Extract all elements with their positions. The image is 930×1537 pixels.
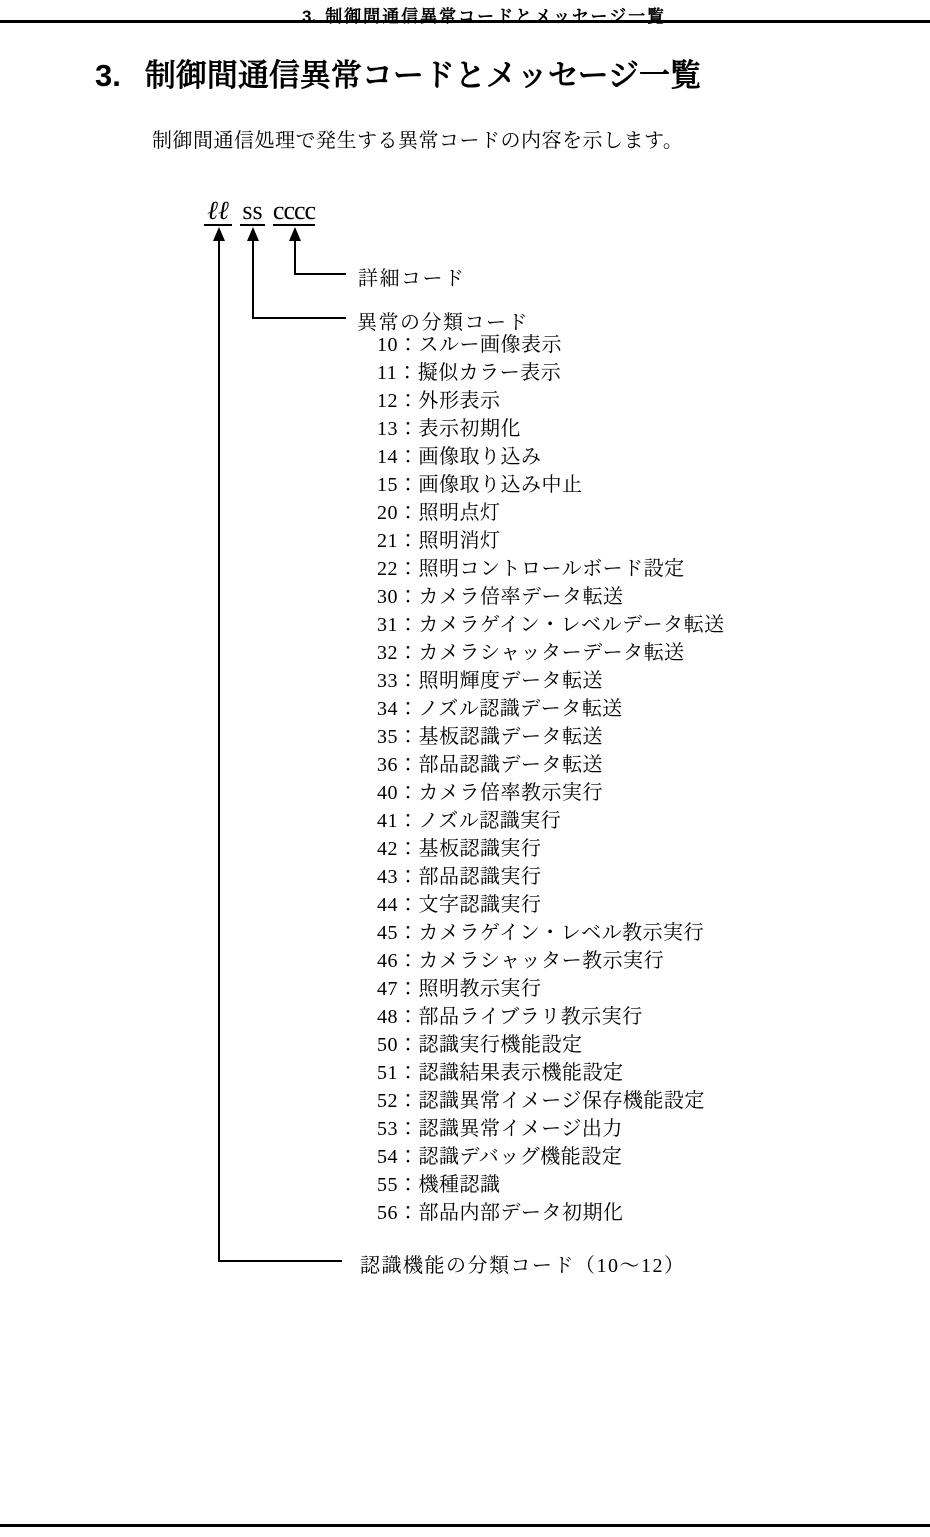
classification-code-item: 40：カメラ倍率教示実行	[377, 779, 725, 807]
classification-code-item: 33：照明輝度データ転送	[377, 667, 725, 695]
classification-code-item: 48：部品ライブラリ教示実行	[377, 1003, 725, 1031]
connector-line-detail-horizontal	[294, 273, 346, 275]
classification-code-item: 30：カメラ倍率データ転送	[377, 583, 725, 611]
page-title-text: 制御間通信異常コードとメッセージ一覧	[145, 58, 701, 93]
arrow-up-icon-section	[247, 227, 259, 241]
classification-code-item: 54：認識デバッグ機能設定	[377, 1143, 725, 1171]
classification-code-item: 56：部品内部データ初期化	[377, 1199, 725, 1227]
classification-code-item: 42：基板認識実行	[377, 835, 725, 863]
arrow-up-icon-detail	[289, 227, 301, 241]
classification-code-item: 21：照明消灯	[377, 527, 725, 555]
callout-recognition-code: 認識機能の分類コード（10～12）	[360, 1249, 686, 1278]
running-header-number: 3.	[302, 7, 316, 26]
connector-line-level	[218, 240, 220, 1262]
classification-code-item: 45：カメラゲイン・レベル教示実行	[377, 919, 725, 947]
running-header-title: 制御間通信異常コードとメッセージ一覧	[325, 7, 666, 26]
classification-code-item: 55：機種認識	[377, 1171, 725, 1199]
classification-code-item: 13：表示初期化	[377, 415, 725, 443]
code-segment-section: ss	[240, 196, 265, 226]
connector-line-section	[252, 240, 254, 319]
classification-code-item: 12：外形表示	[377, 387, 725, 415]
header-rule	[0, 20, 930, 23]
classification-code-item: 11：擬似カラー表示	[377, 359, 725, 387]
classification-code-item: 20：照明点灯	[377, 499, 725, 527]
page-title: 3.制御間通信異常コードとメッセージ一覧	[95, 50, 701, 95]
classification-code-item: 15：画像取り込み中止	[377, 471, 725, 499]
arrow-up-icon-level	[213, 227, 225, 241]
classification-code-item: 35：基板認識データ転送	[377, 723, 725, 751]
classification-code-item: 43：部品認識実行	[377, 863, 725, 891]
classification-code-item: 31：カメラゲイン・レベルデータ転送	[377, 611, 725, 639]
intro-text: 制御間通信処理で発生する異常コードの内容を示します。	[152, 124, 683, 153]
classification-code-item: 36：部品認識データ転送	[377, 751, 725, 779]
classification-code-item: 14：画像取り込み	[377, 443, 725, 471]
classification-code-list: 10：スルー画像表示11：擬似カラー表示12：外形表示13：表示初期化14：画像…	[377, 331, 725, 1227]
classification-code-item: 44：文字認識実行	[377, 891, 725, 919]
classification-code-item: 10：スルー画像表示	[377, 331, 725, 359]
callout-detail-code: 詳細コード	[358, 262, 466, 291]
classification-code-item: 51：認識結果表示機能設定	[377, 1059, 725, 1087]
classification-code-item: 22：照明コントロールボード設定	[377, 555, 725, 583]
classification-code-item: 41：ノズル認識実行	[377, 807, 725, 835]
classification-code-item: 53：認識異常イメージ出力	[377, 1115, 725, 1143]
code-segment-level: ℓℓ	[204, 196, 232, 226]
code-segment-detail: cccc	[273, 196, 315, 226]
classification-code-item: 47：照明教示実行	[377, 975, 725, 1003]
classification-code-item: 32：カメラシャッターデータ転送	[377, 639, 725, 667]
classification-code-item: 34：ノズル認識データ転送	[377, 695, 725, 723]
running-header: 3.制御間通信異常コードとメッセージ一覧	[302, 2, 666, 27]
footer-rule	[0, 1524, 930, 1527]
connector-line-detail	[294, 240, 296, 275]
connector-line-section-horizontal	[252, 317, 346, 319]
classification-code-item: 52：認識異常イメージ保存機能設定	[377, 1087, 725, 1115]
classification-code-item: 46：カメラシャッター教示実行	[377, 947, 725, 975]
page-title-number: 3.	[95, 58, 121, 93]
document-page: 3.制御間通信異常コードとメッセージ一覧 3.制御間通信異常コードとメッセージ一…	[0, 0, 930, 1537]
connector-line-level-horizontal	[218, 1260, 342, 1262]
classification-code-item: 50：認識実行機能設定	[377, 1031, 725, 1059]
